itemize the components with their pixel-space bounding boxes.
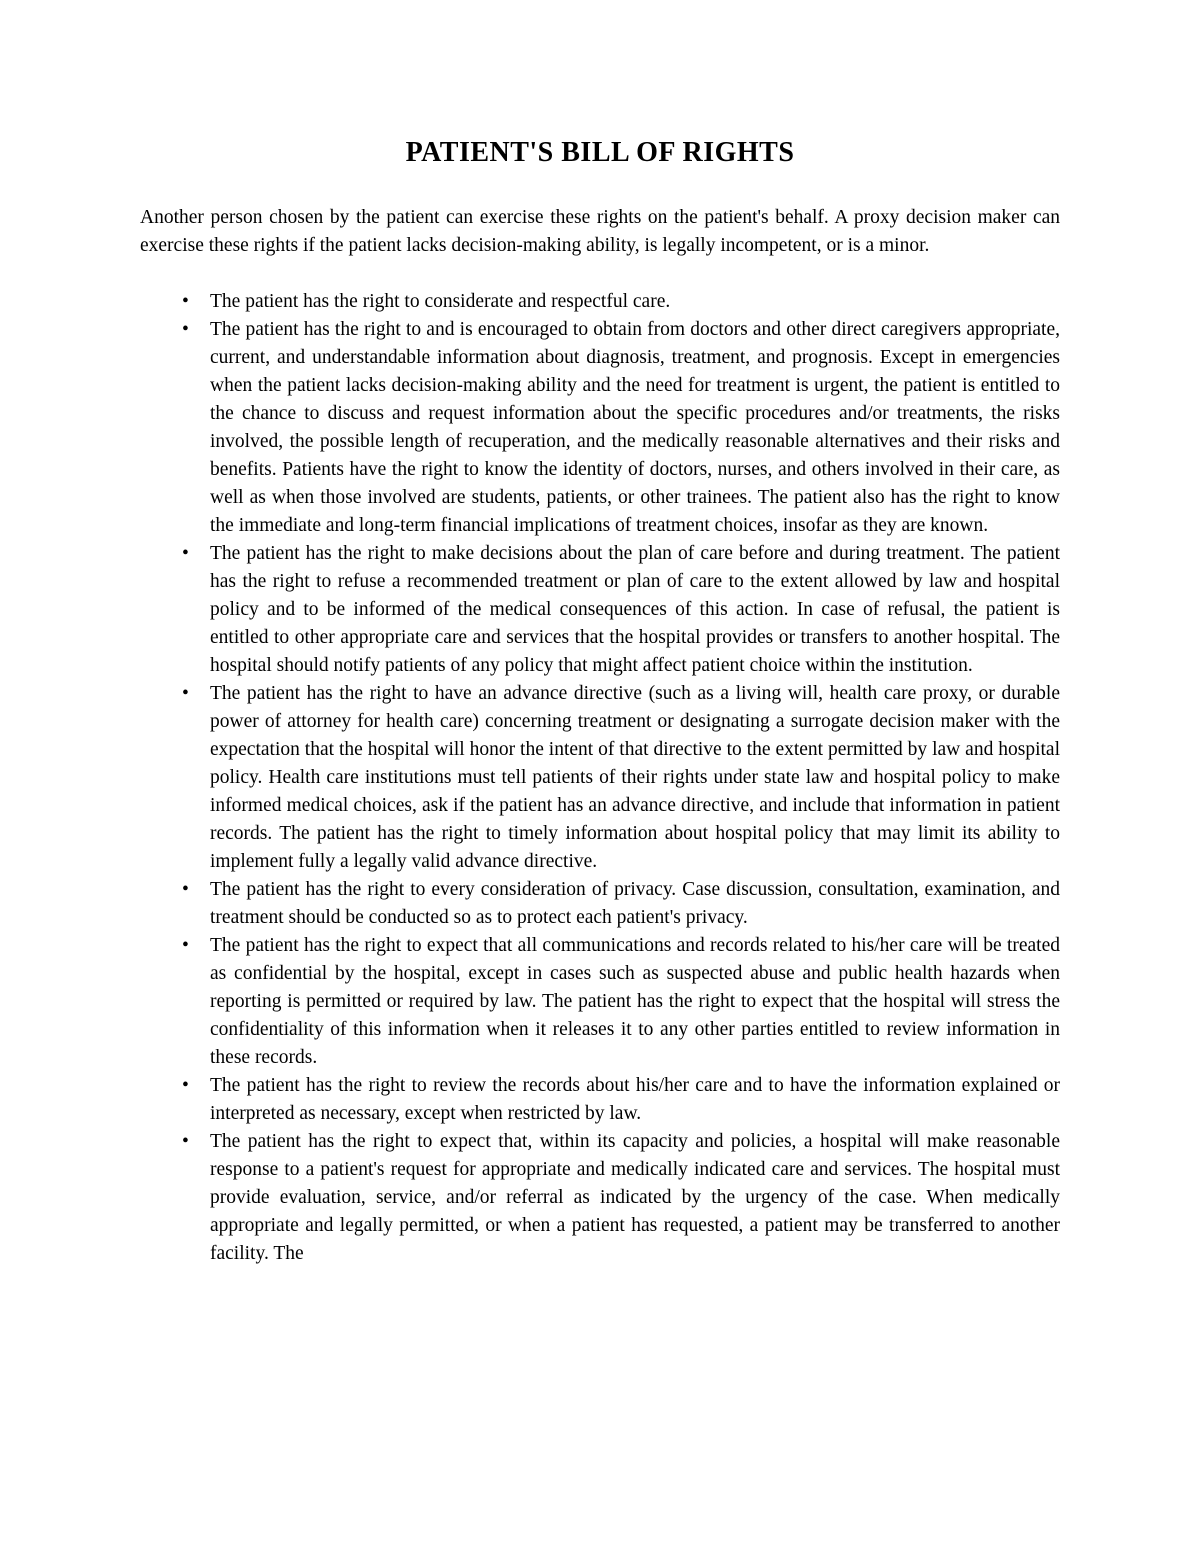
list-item: The patient has the right to expect that… [140,1128,1060,1268]
list-item: The patient has the right to make decisi… [140,540,1060,680]
list-item: The patient has the right to have an adv… [140,680,1060,876]
list-item: The patient has the right to expect that… [140,932,1060,1072]
document-page: PATIENT'S BILL OF RIGHTS Another person … [0,0,1200,1553]
intro-paragraph: Another person chosen by the patient can… [140,204,1060,260]
list-item: The patient has the right to and is enco… [140,316,1060,540]
list-item: The patient has the right to considerate… [140,288,1060,316]
page-title: PATIENT'S BILL OF RIGHTS [140,136,1060,170]
rights-list: The patient has the right to considerate… [140,288,1060,1268]
list-item: The patient has the right to every consi… [140,876,1060,932]
list-item: The patient has the right to review the … [140,1072,1060,1128]
